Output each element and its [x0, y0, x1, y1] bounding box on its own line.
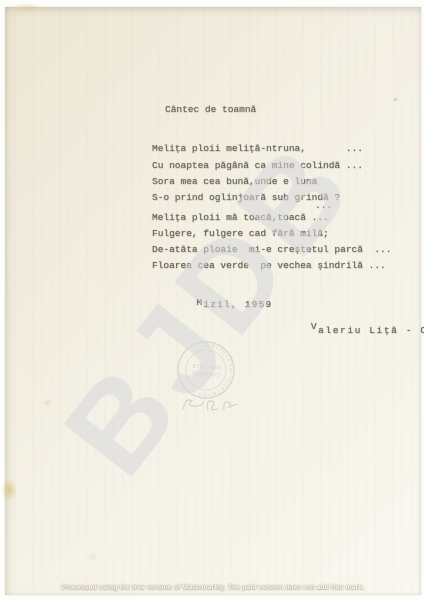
paper-speck — [393, 97, 398, 102]
poem-line: Melița ploii meliță-ntruna, ... — [152, 143, 363, 154]
paper-stain — [11, 3, 41, 12]
dateline-rest: izil, 1959 — [203, 299, 272, 310]
paper-stain — [87, 553, 98, 561]
poem-ellipsis: ... — [315, 200, 332, 211]
handwritten-annotation — [175, 391, 253, 417]
paper-stain — [43, 399, 52, 406]
stamp-center-line2: SPECIALE — [191, 362, 221, 370]
dateline-initial: M — [196, 297, 203, 308]
poem-line: Floarea cea verde pe vechea șindrilă ... — [152, 260, 386, 271]
author-signature: Valeriu Liță - Cosmin — [267, 314, 424, 347]
poem-line: Cu noaptea păgână ca mine colindă ... — [152, 160, 363, 171]
dateline: Mizil, 1959 — [155, 288, 272, 321]
scanned-page: Cântec de toamnă Melița ploii meliță-ntr… — [5, 7, 421, 595]
watermarkly-notice: Processed using the free version of Wate… — [5, 584, 421, 591]
poem-title: Cântec de toamnă — [165, 104, 256, 115]
signature-initial: V — [311, 321, 318, 332]
poem-line: De-atâta ploaie mi-e creștetul parcă ... — [152, 244, 391, 255]
signature-rest: aleriu Liță - Cosmin — [318, 325, 424, 336]
poem-line: S-o prind oglinjoară sub grindă ? — [152, 192, 340, 203]
poem-line: Fulgere, fulgere cad fără milă; — [152, 228, 329, 239]
poem-line: Melița ploii mă toacă,toacă ... — [152, 212, 329, 223]
scan-viewport: Cântec de toamnă Melița ploii meliță-ntr… — [0, 0, 424, 600]
poem-line: Sora mea cea bună,unde e luna — [152, 176, 317, 187]
paper-stain — [1, 478, 17, 502]
